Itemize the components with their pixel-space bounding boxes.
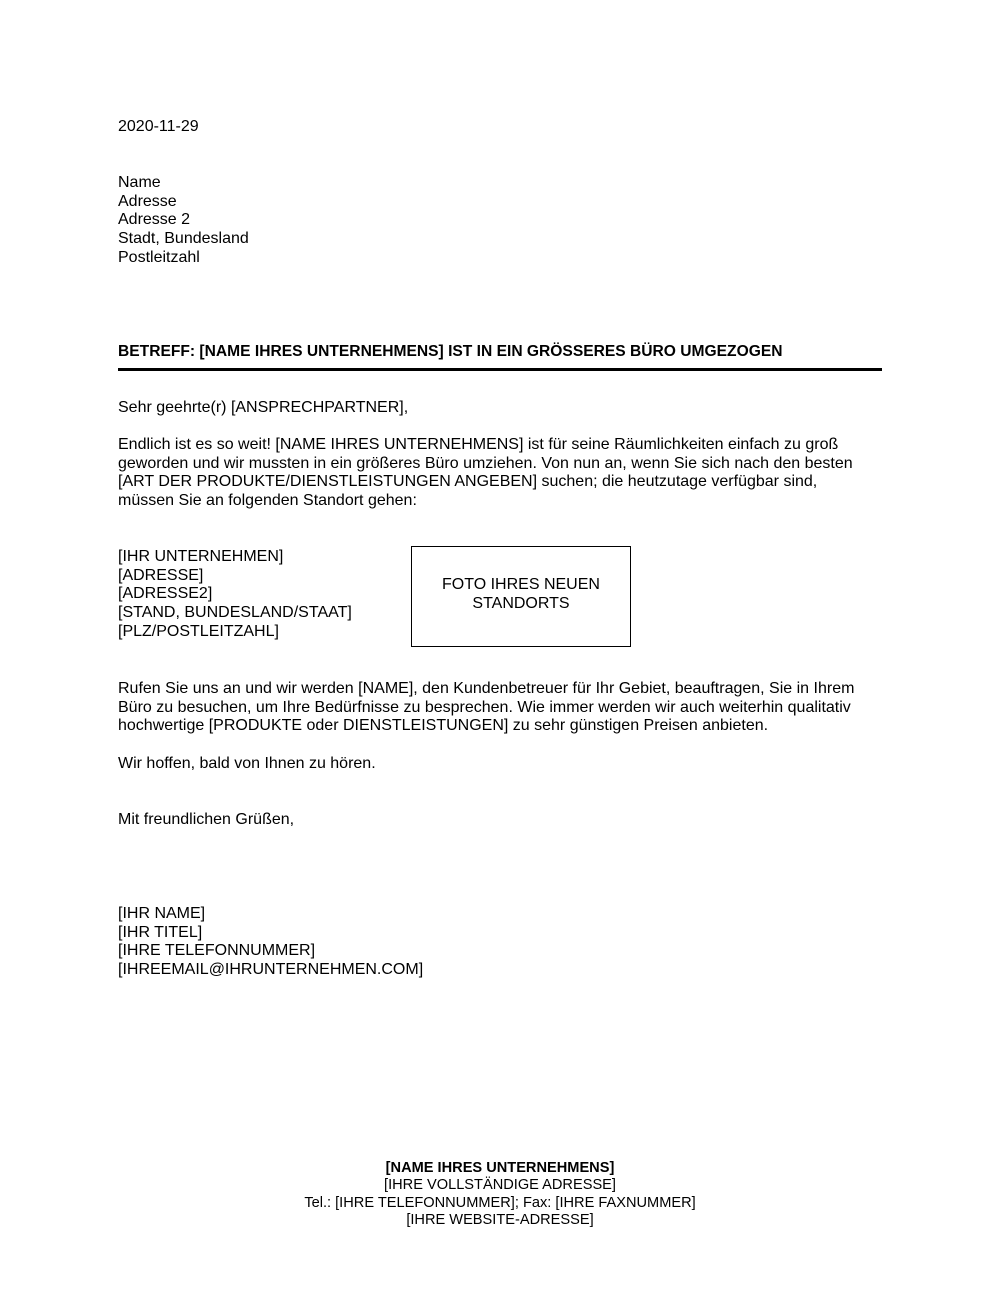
paragraph-line: geworden und wir mussten in ein größeres… bbox=[118, 455, 888, 474]
closing: Mit freundlichen Grüßen, bbox=[118, 811, 294, 830]
signer-email: [IHREEMAIL@IHRUNTERNEHMEN.COM] bbox=[118, 961, 423, 980]
recipient-address-block: Name Adresse Adresse 2 Stadt, Bundesland… bbox=[118, 174, 249, 268]
address2-placeholder: [ADRESSE2] bbox=[118, 585, 352, 604]
signer-title: [IHR TITEL] bbox=[118, 924, 423, 943]
photo-placeholder-text: FOTO IHRES NEUEN bbox=[442, 576, 600, 595]
footer-address: [IHRE VOLLSTÄNDIGE ADRESSE] bbox=[0, 1177, 1000, 1194]
paragraph-line: Endlich ist es so weit! [NAME IHRES UNTE… bbox=[118, 436, 888, 455]
hope-line: Wir hoffen, bald von Ihnen zu hören. bbox=[118, 755, 376, 774]
footer-website: [IHRE WEBSITE-ADRESSE] bbox=[0, 1212, 1000, 1229]
call-to-action-paragraph: Rufen Sie uns an und wir werden [NAME], … bbox=[118, 680, 888, 736]
recipient-address-1: Adresse bbox=[118, 193, 249, 212]
address-placeholder: [ADRESSE] bbox=[118, 567, 352, 586]
salutation: Sehr geehrte(r) [ANSPRECHPARTNER], bbox=[118, 399, 408, 418]
recipient-name: Name bbox=[118, 174, 249, 193]
photo-placeholder-box: FOTO IHRES NEUEN STANDORTS bbox=[411, 546, 631, 647]
recipient-city-state: Stadt, Bundesland bbox=[118, 230, 249, 249]
recipient-address-2: Adresse 2 bbox=[118, 211, 249, 230]
paragraph-line: müssen Sie an folgenden Standort gehen: bbox=[118, 492, 888, 511]
subject-divider bbox=[118, 368, 882, 371]
paragraph-line: hochwertige [PRODUKTE oder DIENSTLEISTUN… bbox=[118, 717, 888, 736]
company-name-placeholder: [IHR UNTERNEHMEN] bbox=[118, 548, 352, 567]
footer-company-name: [NAME IHRES UNTERNEHMENS] bbox=[0, 1160, 1000, 1177]
paragraph-line: Rufen Sie uns an und wir werden [NAME], … bbox=[118, 680, 888, 699]
footer-contact: Tel.: [IHRE TELEFONNUMMER]; Fax: [IHRE F… bbox=[0, 1195, 1000, 1212]
new-location-address: [IHR UNTERNEHMEN] [ADRESSE] [ADRESSE2] [… bbox=[118, 548, 352, 642]
paragraph-line: [ART DER PRODUKTE/DIENSTLEISTUNGEN ANGEB… bbox=[118, 473, 888, 492]
subject-line: BETREFF: [NAME IHRES UNTERNEHMENS] IST I… bbox=[118, 343, 783, 362]
signature-block: [IHR NAME] [IHR TITEL] [IHRE TELEFONNUMM… bbox=[118, 905, 423, 980]
recipient-postal-code: Postleitzahl bbox=[118, 249, 249, 268]
photo-placeholder-text: STANDORTS bbox=[472, 595, 569, 614]
letter-date: 2020-11-29 bbox=[118, 118, 199, 137]
signer-name: [IHR NAME] bbox=[118, 905, 423, 924]
city-state-placeholder: [STAND, BUNDESLAND/STAAT] bbox=[118, 604, 352, 623]
signer-phone: [IHRE TELEFONNUMMER] bbox=[118, 942, 423, 961]
letterhead-footer: [NAME IHRES UNTERNEHMENS] [IHRE VOLLSTÄN… bbox=[0, 1160, 1000, 1230]
paragraph-line: Büro zu besuchen, um Ihre Bedürfnisse zu… bbox=[118, 699, 888, 718]
intro-paragraph: Endlich ist es so weit! [NAME IHRES UNTE… bbox=[118, 436, 888, 511]
postal-code-placeholder: [PLZ/POSTLEITZAHL] bbox=[118, 623, 352, 642]
